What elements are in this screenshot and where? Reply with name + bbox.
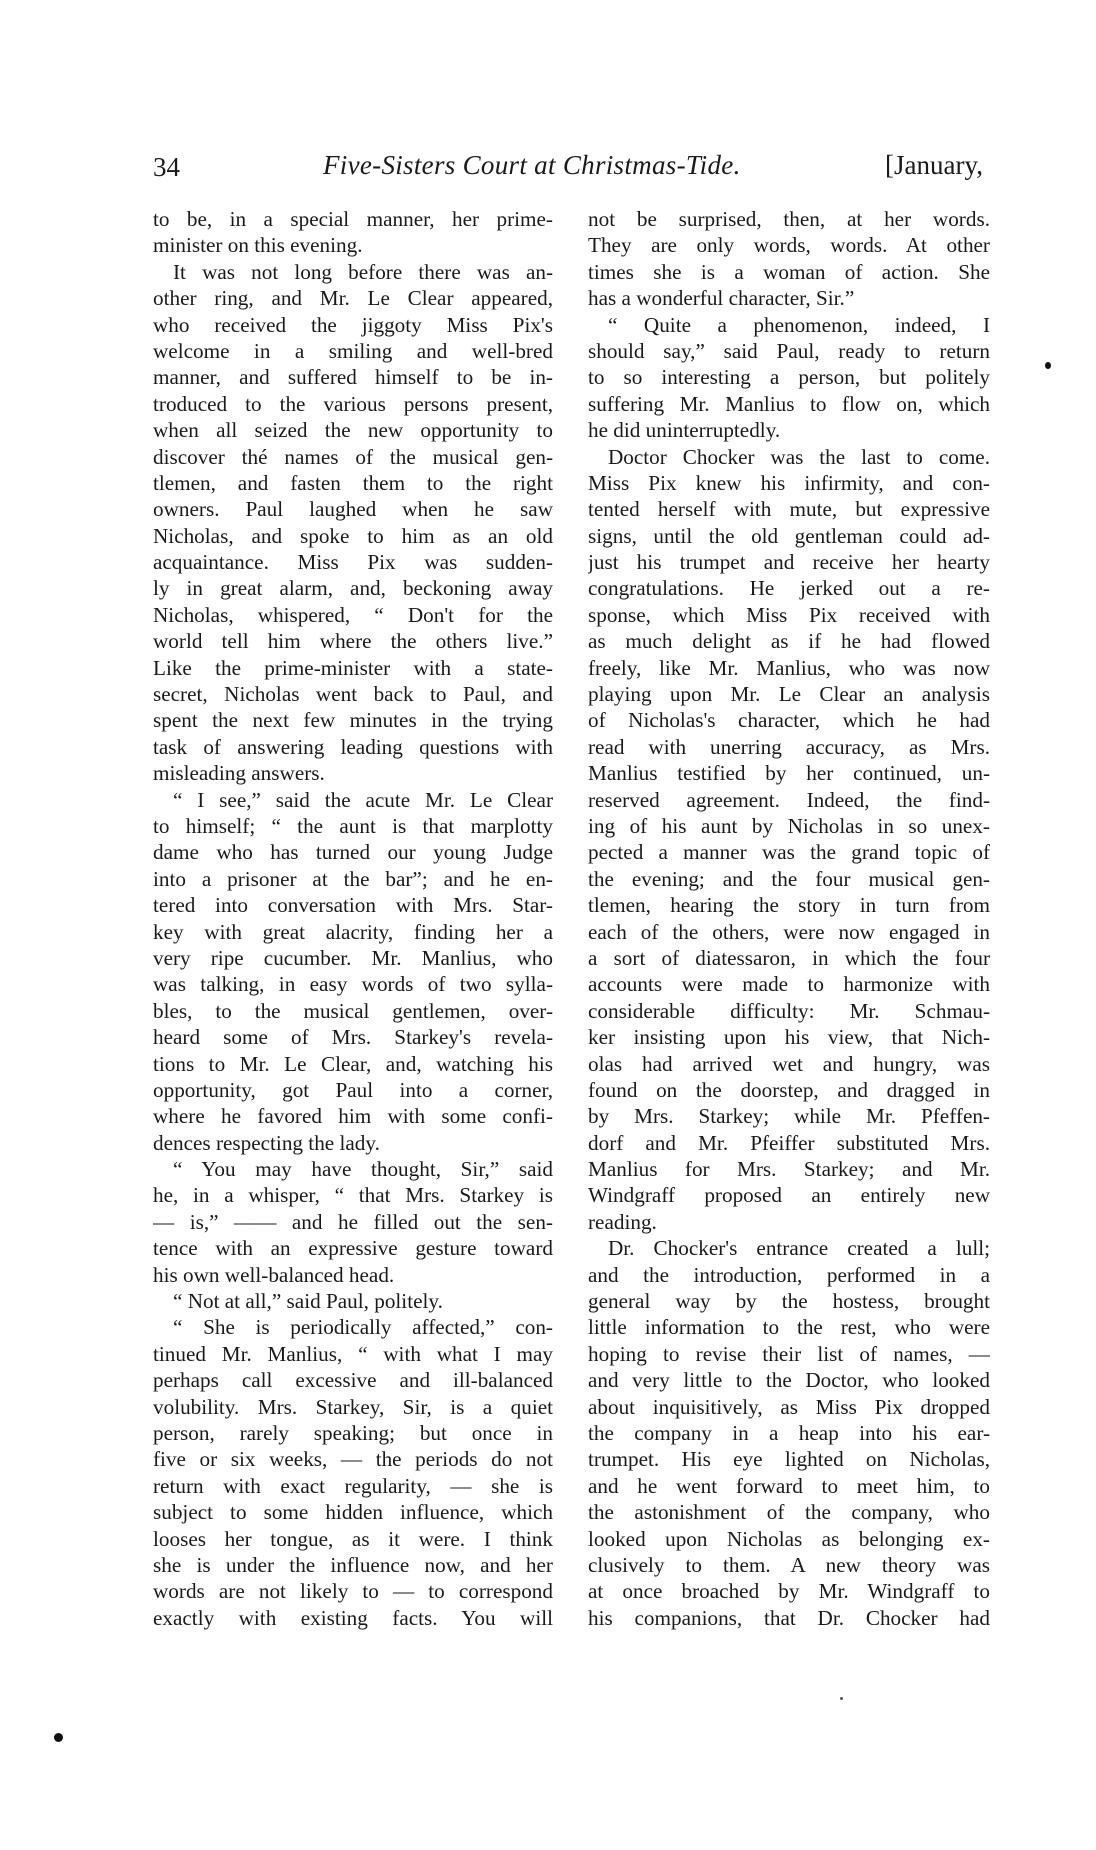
text-line: considerable difficulty: Mr. Schmau- (588, 998, 990, 1024)
text-line: five or six weeks, — the periods do not (153, 1446, 553, 1472)
text-line: tinued Mr. Manlius, “ with what I may (153, 1341, 553, 1367)
text-line: tence with an expressive gesture toward (153, 1235, 553, 1261)
text-line: Nicholas, and spoke to him as an old (153, 523, 553, 549)
text-line: minister on this evening. (153, 232, 553, 258)
text-line: times she is a woman of action. She (588, 259, 990, 285)
text-line: Doctor Chocker was the last to come. (588, 444, 990, 470)
text-line: They are only words, words. At other (588, 232, 990, 258)
text-line: he, in a whisper, “ that Mrs. Starkey is (153, 1182, 553, 1208)
text-line: perhaps call excessive and ill-balanced (153, 1367, 553, 1393)
text-line: and he went forward to meet him, to (588, 1473, 990, 1499)
ink-speck (54, 1733, 63, 1742)
text-line: very ripe cucumber. Mr. Manlius, who (153, 945, 553, 971)
text-line: “ Quite a phenomenon, indeed, I (588, 312, 990, 338)
text-line: the evening; and the four musical gen- (588, 866, 990, 892)
text-line: congratulations. He jerked out a re- (588, 575, 990, 601)
ink-speck (1045, 362, 1051, 369)
text-line: sponse, which Miss Pix received with (588, 602, 990, 628)
text-line: hoping to revise their list of names, — (588, 1341, 990, 1367)
text-line: secret, Nicholas went back to Paul, and (153, 681, 553, 707)
text-line: It was not long before there was an- (153, 259, 553, 285)
text-line: tered into conversation with Mrs. Star- (153, 892, 553, 918)
text-line: volubility. Mrs. Starkey, Sir, is a quie… (153, 1394, 553, 1420)
text-line: tented herself with mute, but expressive (588, 496, 990, 522)
text-line: to so interesting a person, but politely (588, 364, 990, 390)
text-line: each of the others, were now engaged in (588, 919, 990, 945)
text-line: — is,” —— and he filled out the sen- (153, 1209, 553, 1235)
text-line: of Nicholas's character, which he had (588, 707, 990, 733)
text-line: “ You may have thought, Sir,” said (153, 1156, 553, 1182)
text-line: the company in a heap into his ear- (588, 1420, 990, 1446)
text-line: as much delight as if he had flowed (588, 628, 990, 654)
text-line: Manlius testified by her continued, un- (588, 760, 990, 786)
text-line: dorf and Mr. Pfeiffer substituted Mrs. (588, 1130, 990, 1156)
text-line: she is under the influence now, and her (153, 1552, 553, 1578)
text-line: Windgraff proposed an entirely new (588, 1182, 990, 1208)
text-line: return with exact regularity, — she is (153, 1473, 553, 1499)
running-title: Five-Sisters Court at Christmas-Tide. (323, 150, 741, 181)
text-line: the astonishment of the company, who (588, 1499, 990, 1525)
text-line: reserved agreement. Indeed, the find- (588, 787, 990, 813)
issue-month: [January, (885, 150, 983, 181)
text-line: olas had arrived wet and hungry, was (588, 1051, 990, 1077)
text-line: “ She is periodically affected,” con- (153, 1314, 553, 1340)
text-line: “ Not at all,” said Paul, politely. (153, 1288, 553, 1314)
text-line: should say,” said Paul, ready to return (588, 338, 990, 364)
text-line: general way by the hostess, brought (588, 1288, 990, 1314)
text-line: ker insisting upon his view, that Nich- (588, 1024, 990, 1050)
text-line: Manlius for Mrs. Starkey; and Mr. (588, 1156, 990, 1182)
page-header: 34 Five-Sisters Court at Christmas-Tide.… (153, 150, 983, 190)
text-line: he did uninterruptedly. (588, 417, 990, 443)
page-number: 34 (153, 152, 180, 183)
text-line: where he favored him with some confi- (153, 1103, 553, 1129)
text-line: welcome in a smiling and well-bred (153, 338, 553, 364)
text-line: little information to the rest, who were (588, 1314, 990, 1340)
text-line: has a wonderful character, Sir.” (588, 285, 990, 311)
text-line: spent the next few minutes in the trying (153, 707, 553, 733)
text-line: acquaintance. Miss Pix was sudden- (153, 549, 553, 575)
text-line: accounts were made to harmonize with (588, 971, 990, 997)
text-line: opportunity, got Paul into a corner, (153, 1077, 553, 1103)
text-line: was talking, in easy words of two sylla- (153, 971, 553, 997)
text-line: “ I see,” said the acute Mr. Le Clear (153, 787, 553, 813)
text-line: playing upon Mr. Le Clear an analysis (588, 681, 990, 707)
text-line: freely, like Mr. Manlius, who was now (588, 655, 990, 681)
text-line: at once broached by Mr. Windgraff to (588, 1578, 990, 1604)
text-column-left: to be, in a special manner, her prime-mi… (153, 206, 553, 1631)
text-line: when all seized the new opportunity to (153, 417, 553, 443)
text-line: who received the jiggoty Miss Pix's (153, 312, 553, 338)
text-line: read with unerring accuracy, as Mrs. (588, 734, 990, 760)
text-line: ly in great alarm, and, beckoning away (153, 575, 553, 601)
text-line: looked upon Nicholas as belonging ex- (588, 1526, 990, 1552)
text-line: clusively to them. A new theory was (588, 1552, 990, 1578)
text-line: bles, to the musical gentlemen, over- (153, 998, 553, 1024)
text-line: key with great alacrity, finding her a (153, 919, 553, 945)
text-line: world tell him where the others live.” (153, 628, 553, 654)
text-line: trumpet. His eye lighted on Nicholas, (588, 1446, 990, 1472)
text-line: tions to Mr. Le Clear, and, watching his (153, 1051, 553, 1077)
text-line: a sort of diatessaron, in which the four (588, 945, 990, 971)
text-line: not be surprised, then, at her words. (588, 206, 990, 232)
text-line: heard some of Mrs. Starkey's revela- (153, 1024, 553, 1050)
text-line: owners. Paul laughed when he saw (153, 496, 553, 522)
text-line: dences respecting the lady. (153, 1130, 553, 1156)
text-line: and very little to the Doctor, who looke… (588, 1367, 990, 1393)
text-line: dame who has turned our young Judge (153, 839, 553, 865)
text-line: signs, until the old gentleman could ad- (588, 523, 990, 549)
text-line: found on the doorstep, and dragged in (588, 1077, 990, 1103)
text-line: just his trumpet and receive her hearty (588, 549, 990, 575)
text-line: manner, and suffered himself to be in- (153, 364, 553, 390)
text-line: reading. (588, 1209, 990, 1235)
ink-speck (840, 1697, 843, 1700)
text-line: suffering Mr. Manlius to flow on, which (588, 391, 990, 417)
text-line: ing of his aunt by Nicholas in so unex- (588, 813, 990, 839)
text-line: his companions, that Dr. Chocker had (588, 1605, 990, 1631)
text-line: Like the prime-minister with a state- (153, 655, 553, 681)
text-line: other ring, and Mr. Le Clear appeared, (153, 285, 553, 311)
text-line: about inquisitively, as Miss Pix dropped (588, 1394, 990, 1420)
text-line: subject to some hidden influence, which (153, 1499, 553, 1525)
text-line: tlemen, and fasten them to the right (153, 470, 553, 496)
text-line: person, rarely speaking; but once in (153, 1420, 553, 1446)
text-line: pected a manner was the grand topic of (588, 839, 990, 865)
text-line: his own well-balanced head. (153, 1262, 553, 1288)
text-line: exactly with existing facts. You will (153, 1605, 553, 1631)
text-line: Miss Pix knew his infirmity, and con- (588, 470, 990, 496)
text-line: to himself; “ the aunt is that marplotty (153, 813, 553, 839)
text-line: discover thé names of the musical gen- (153, 444, 553, 470)
text-line: into a prisoner at the bar”; and he en- (153, 866, 553, 892)
text-line: by Mrs. Starkey; while Mr. Pfeffen- (588, 1103, 990, 1129)
text-line: misleading answers. (153, 760, 553, 786)
text-line: Dr. Chocker's entrance created a lull; (588, 1235, 990, 1261)
text-line: task of answering leading questions with (153, 734, 553, 760)
text-line: tlemen, hearing the story in turn from (588, 892, 990, 918)
text-line: troduced to the various persons present, (153, 391, 553, 417)
text-line: words are not likely to — to correspond (153, 1578, 553, 1604)
text-line: looses her tongue, as it were. I think (153, 1526, 553, 1552)
text-column-right: not be surprised, then, at her words.The… (588, 206, 990, 1631)
text-line: Nicholas, whispered, “ Don't for the (153, 602, 553, 628)
text-line: to be, in a special manner, her prime- (153, 206, 553, 232)
text-line: and the introduction, performed in a (588, 1262, 990, 1288)
